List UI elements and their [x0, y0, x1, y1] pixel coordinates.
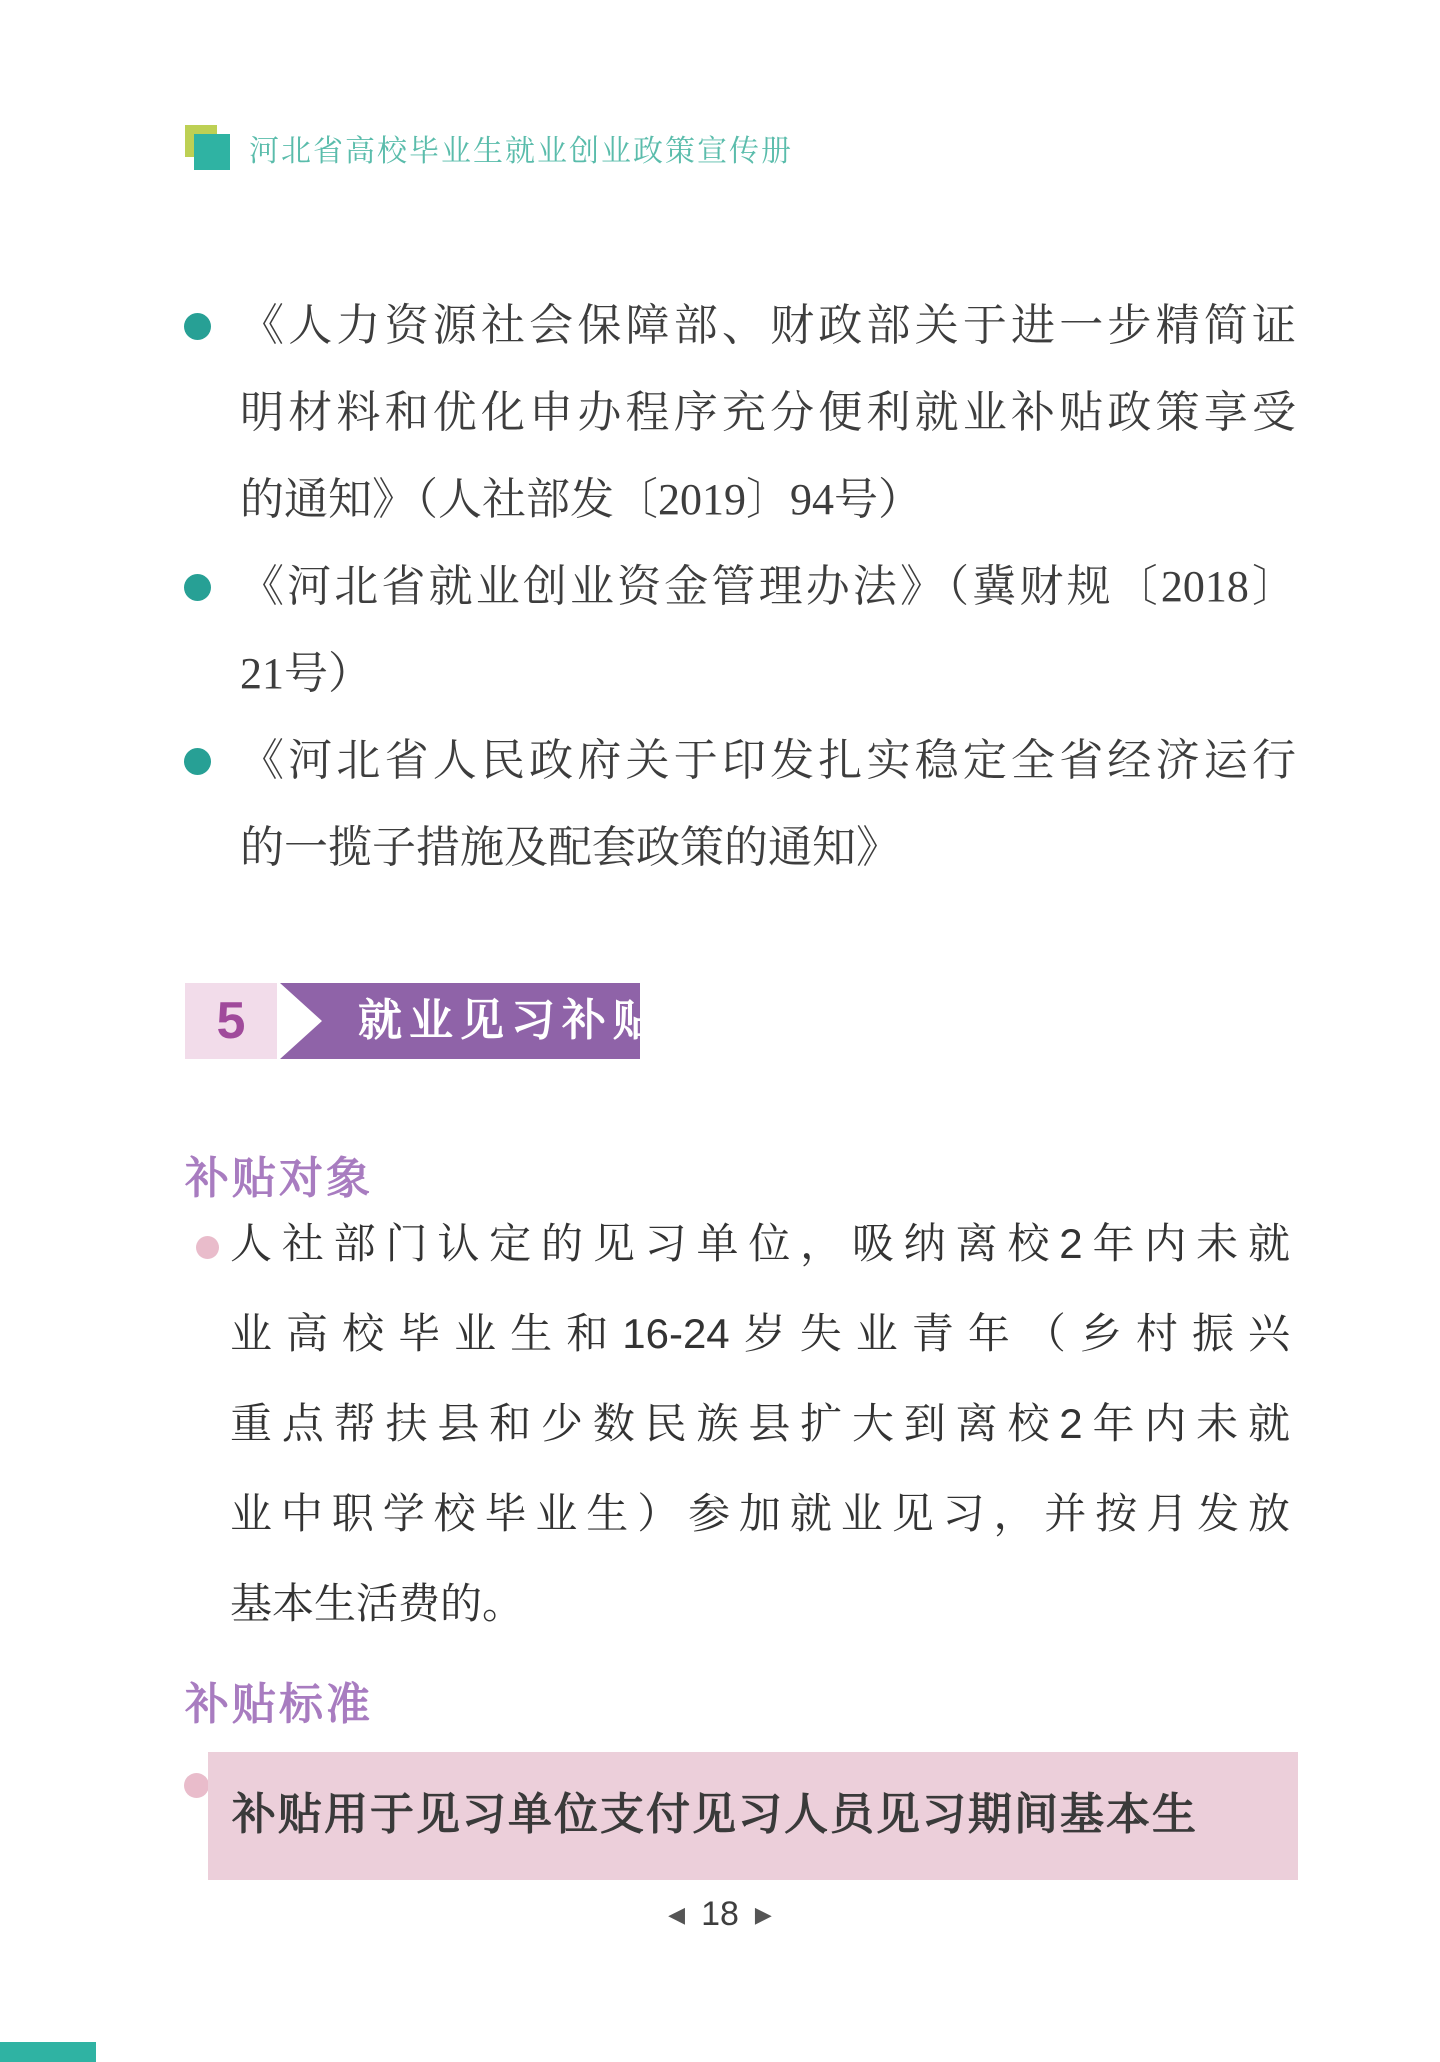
next-page-icon[interactable]: ▶: [755, 1902, 772, 1928]
subsidy-target-heading: 补贴对象: [185, 1142, 373, 1206]
paragraph-line: 业高校毕业生和16-24岁失业青年（乡村振兴: [230, 1289, 1290, 1379]
reference-line: 《河北省人民政府关于印发扎实稳定全省经济运行: [240, 717, 1296, 804]
subsidy-target-paragraph: 人社部门认定的见习单位，吸纳离校2年内未就 业高校毕业生和16-24岁失业青年（…: [230, 1199, 1290, 1649]
page-footer: ◀ 18 ▶: [0, 1895, 1440, 1934]
subsidy-standard-heading: 补贴标准: [185, 1668, 373, 1732]
bullet-icon: [184, 1773, 209, 1798]
bullet-icon: [184, 748, 211, 775]
bullet-icon: [196, 1236, 219, 1259]
prev-page-icon[interactable]: ◀: [668, 1902, 685, 1928]
reference-line: 明材料和优化申办程序充分便利就业补贴政策享受: [240, 369, 1296, 456]
paragraph-line: 基本生活费的。: [230, 1559, 1290, 1649]
bullet-icon: [184, 574, 211, 601]
reference-line: 的通知》（人社部发〔2019〕94号）: [240, 456, 1296, 543]
reference-line: 的一揽子措施及配套政策的通知》: [240, 804, 1296, 891]
reference-line: 《人力资源社会保障部、财政部关于进一步精简证: [240, 282, 1296, 369]
corner-accent: [0, 2042, 96, 2062]
reference-line: 《河北省就业创业资金管理办法》（冀财规〔2018〕: [240, 543, 1296, 630]
brand-squares-icon: [185, 125, 231, 171]
section-number: 5: [185, 983, 277, 1059]
document-page: 河北省高校毕业生就业创业政策宣传册 《人力资源社会保障部、财政部关于进一步精简证…: [0, 0, 1440, 2062]
reference-list: 《人力资源社会保障部、财政部关于进一步精简证 明材料和优化申办程序充分便利就业补…: [240, 282, 1296, 891]
highlighted-row: 补贴用于见习单位支付见习人员见习期间基本生: [208, 1752, 1298, 1880]
paragraph-line: 业中职学校毕业生）参加就业见习，并按月发放: [230, 1469, 1290, 1559]
bullet-icon: [184, 313, 211, 340]
paragraph-line: 重点帮扶县和少数民族县扩大到离校2年内未就: [230, 1379, 1290, 1469]
paragraph-line: 人社部门认定的见习单位，吸纳离校2年内未就: [230, 1199, 1290, 1289]
page-header: 河北省高校毕业生就业创业政策宣传册: [185, 122, 793, 174]
highlighted-text: 补贴用于见习单位支付见习人员见习期间基本生: [232, 1778, 1198, 1842]
page-number: 18: [701, 1895, 739, 1934]
section-title: 就业见习补贴: [280, 983, 640, 1059]
booklet-title: 河北省高校毕业生就业创业政策宣传册: [249, 126, 793, 170]
reference-line: 21号）: [240, 630, 1296, 717]
